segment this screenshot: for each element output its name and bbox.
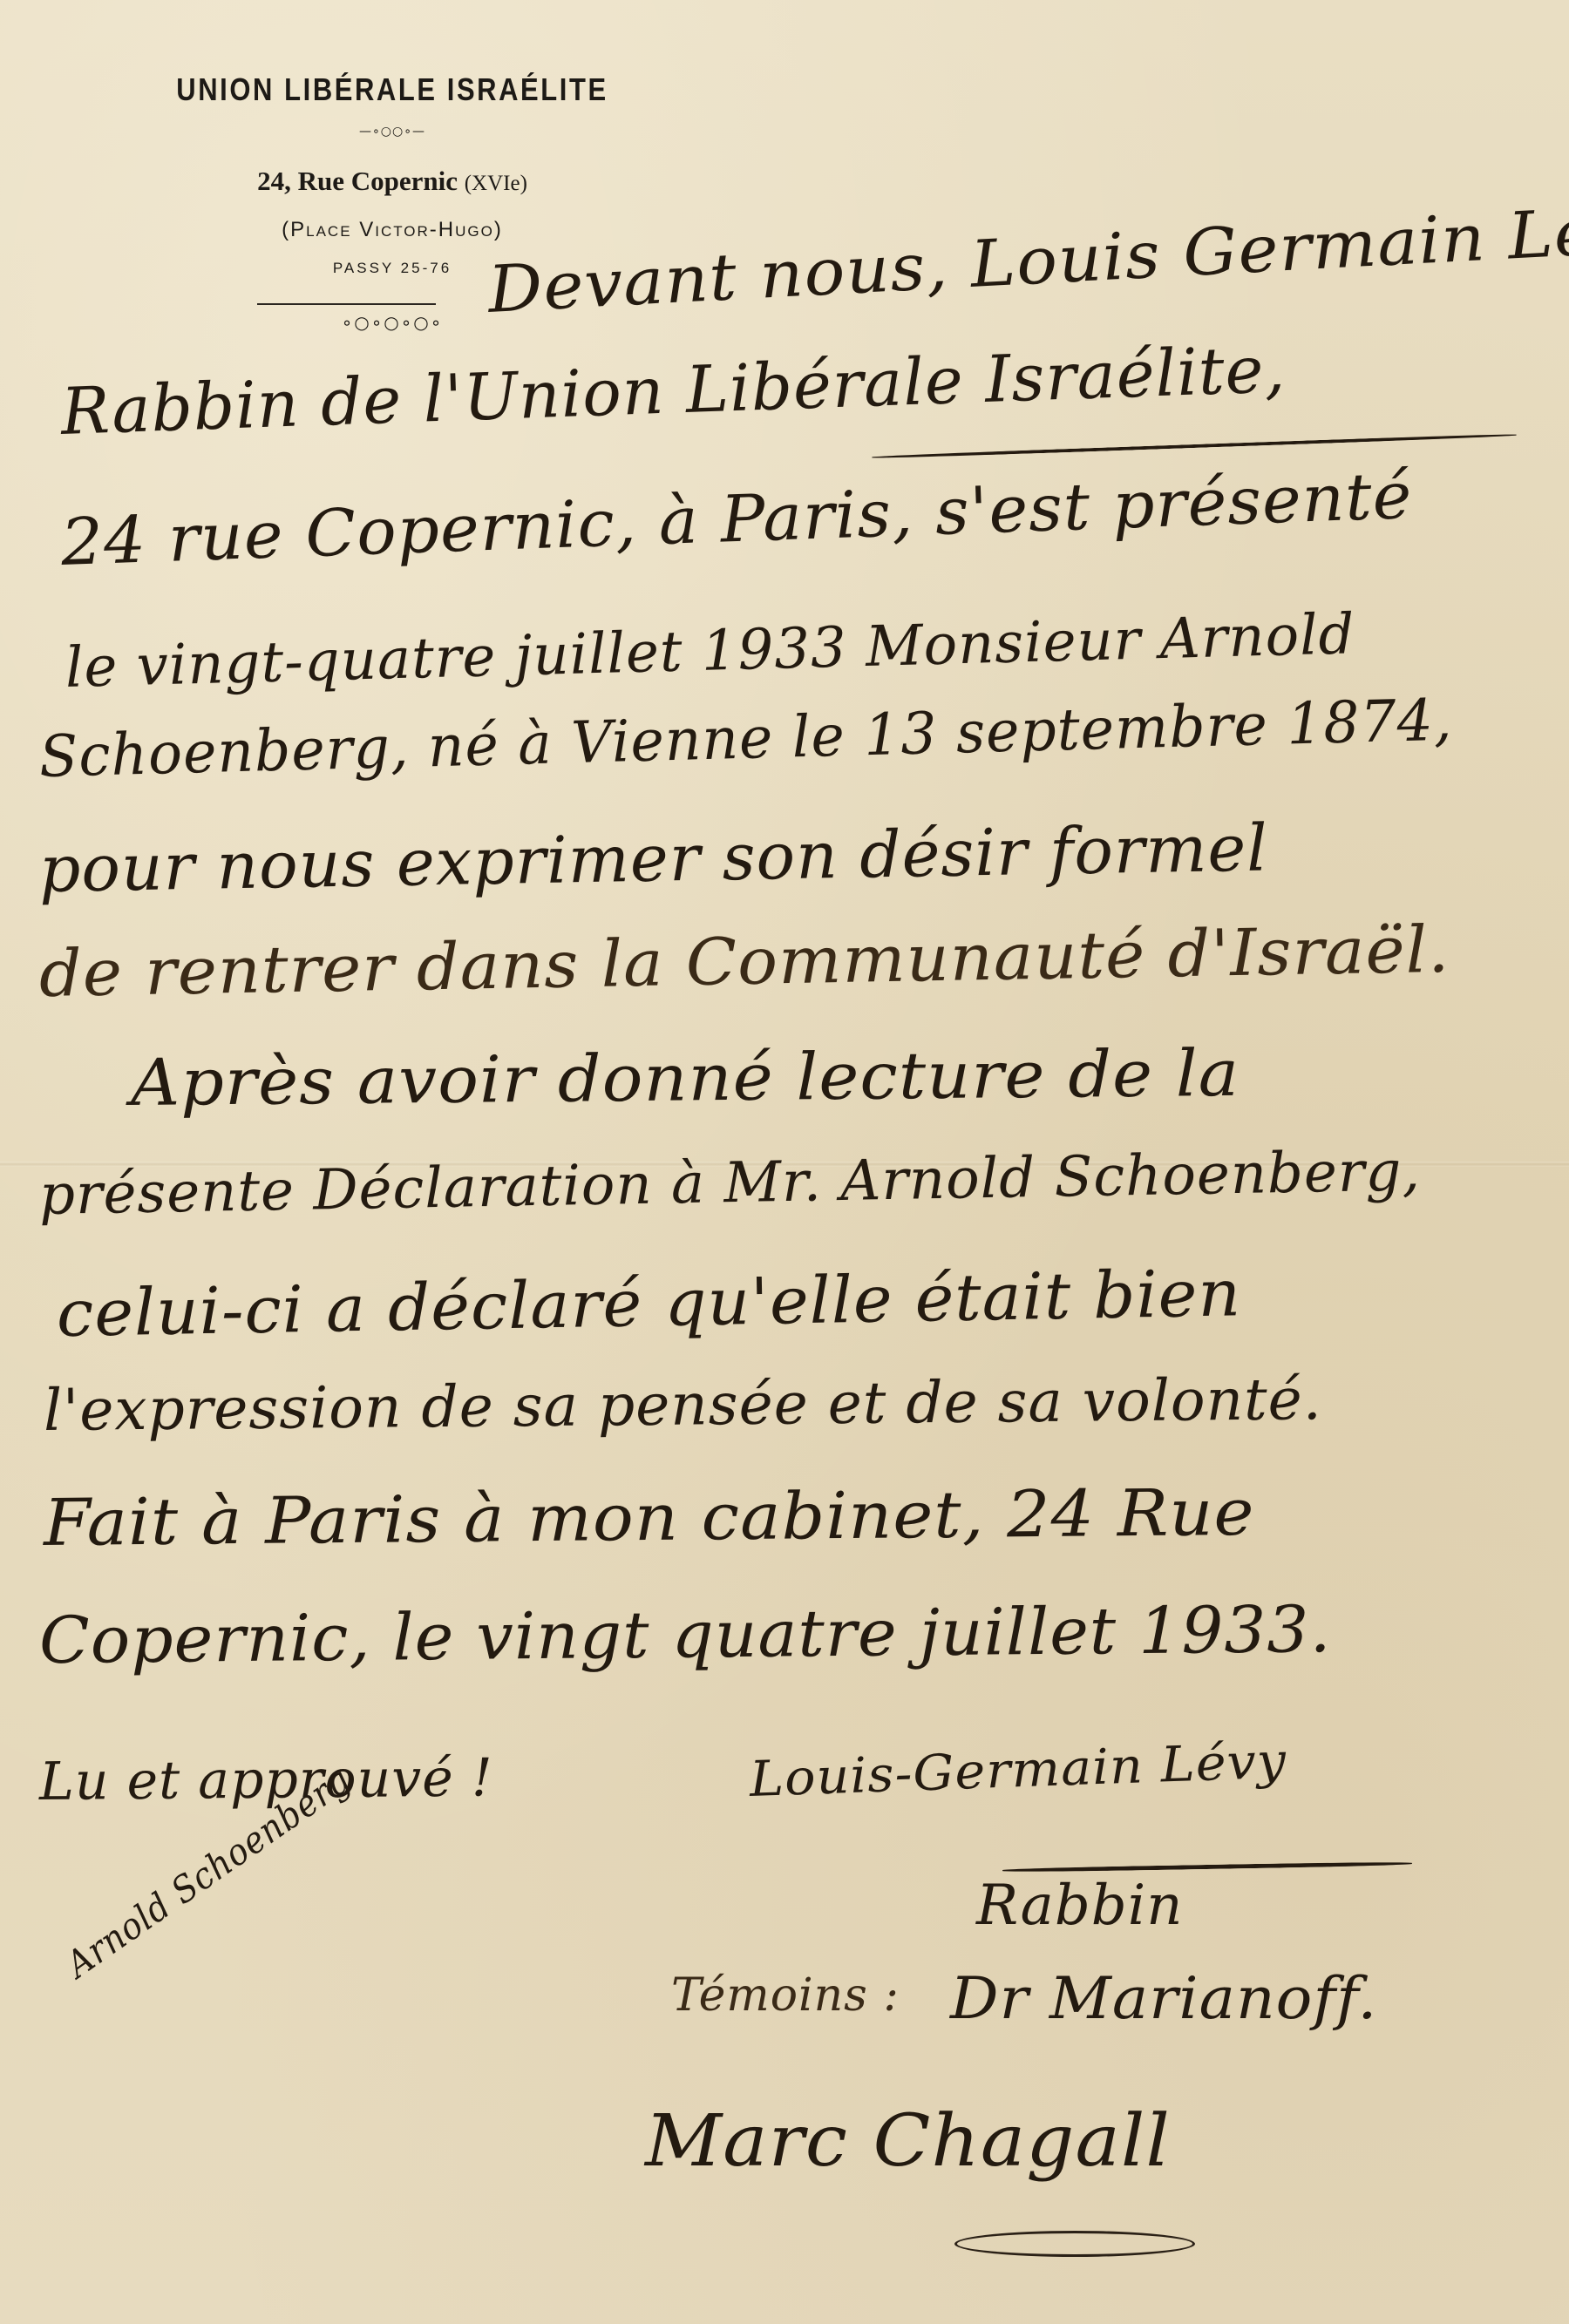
body-line-13: Copernic, le vingt quatre juillet 1933. [39, 1592, 1332, 1678]
body-line-12: Fait à Paris à mon cabinet, 24 Rue [44, 1475, 1255, 1561]
body-line-8: Après avoir donné lecture de la [131, 1036, 1240, 1121]
rabbi-title: Rabbin [976, 1873, 1183, 1938]
chagall-signature-flourish [954, 2231, 1195, 2257]
witness-marianoff-signature: Dr Marianoff. [950, 1965, 1377, 2032]
letterhead-street: 24, Rue Copernic [257, 166, 458, 196]
letterhead-address: 24, Rue Copernic (XVIe) [131, 166, 654, 197]
witness-chagall-signature: Marc Chagall [645, 2100, 1171, 2183]
letterhead-divider [257, 303, 436, 305]
letterhead-arrondissement: (XVIe) [465, 172, 527, 195]
body-line-11: l'expression de sa pensée et de sa volon… [44, 1365, 1322, 1444]
approval-line: Lu et approuvé ! [39, 1747, 493, 1812]
letterhead-organization: UNION LIBÉRALE ISRAÉLITE [167, 71, 617, 108]
letterhead-ornament-icon: —∘○○∘— [131, 125, 654, 139]
witnesses-label: Témoins : [671, 1969, 900, 2022]
letterhead-place: (Place Victor-Hugo) [131, 218, 654, 242]
